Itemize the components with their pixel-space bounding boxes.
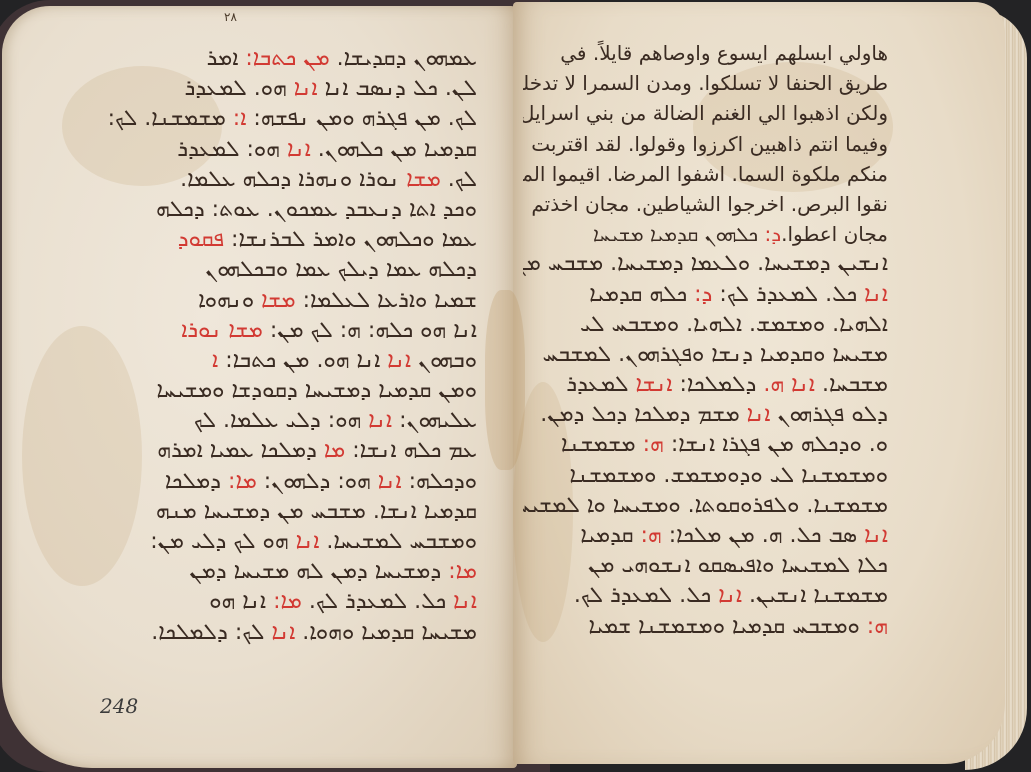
ink-text: ܠܟ. (441, 167, 477, 192)
ink-text: ܡܫܡ ܕܡܠܟܐ ܕܟܠ ܕܡܢ. (540, 402, 739, 427)
text-line: ܡܫܝܚܐ ܩܕܡܝܐ ܘܗܘܐ. ܐܢܐ ܠܟ: ܕܠܡܠܟܐ. (97, 618, 477, 648)
ink-text: ܡܫܡܫܢܐ (561, 432, 636, 457)
text-line: ܕܠܘ ܦܓܪܗܘܢ ܐܢܐ ܡܫܡ ܕܡܠܟܐ ܕܟܠ ܕܡܢ. (523, 400, 888, 430)
ink-text: ܕܡܠܟܐ ܥܡܝܐ ܐܡܪܗ (157, 438, 317, 463)
text-line: ܥܡܐ ܘܟܠܗܘܢ ܘܐܡܪ ܠܒܪܢܫܐ: ܦܩܘܕ (97, 225, 477, 255)
ink-text: ܥܡ ܟܠܗ ܐܢܫܐ: (345, 438, 477, 463)
text-line: ܫܡܝܐ ܘܐܪܥܐ ܠܥܠܡܐ: ܡܫܐ ܘܢܗܘܐ (97, 286, 477, 316)
text-line: ܡܫܡܫܢܐ. ܘܠܦܪܘܩܘܬܐ. ܘܡܫܝܚܐ ܘܐ ܠܡܫܝܚܐ (523, 491, 888, 521)
text-line: ܘܡܫܒܚ ܠܡܫܝܚܐ. ܐܢܐ ܗܘ ܠܟ ܕܠܝ ܡܢ: (97, 527, 477, 557)
text-line: ܥܡܗܘܢ ܕܩܕܝܫܐ. ܡܢ ܟܬܒܐ: ܐܡܪ (97, 44, 477, 74)
ink-text: ܟܠ. ܠܡܥܕܪ ܠܟ. (302, 589, 446, 614)
gutter-stain (485, 290, 525, 470)
text-line: ܗ: ܘܡܫܒܚ ܩܕܡܝܐ ܘܡܫܡܫܢܐ ܫܡܝܐ (523, 612, 888, 642)
rubric-text: ܡܢ ܟܬܒܐ: (238, 46, 329, 71)
text-line: ܐܢܐ ܟܠ. ܠܡܥܕܪ ܠܟ. ܡܐ: ܐܢܐ ܗܘ (97, 587, 477, 617)
text-line: ܟܠܐ ܠܡܫܝܚܐ ܘܐܦܝܣܩܘ ܐܢܫܘܗܝ ܡܢ (523, 551, 888, 581)
ink-text: ܐܢܫܝܢ ܕܡܫܝܚܐ. ܘܠܥܡܐ ܕܡܫܝܚܐ. ܡܫܒܚ ܡܢ (523, 251, 888, 276)
ink-text: ܥܡܗܘܢ ܕܩܕܝܫܐ. (330, 46, 477, 71)
ink-text: ܥܡܐ ܘܟܠܗܘܢ ܘܐܡܪ ܠܒܪܢܫܐ: (224, 227, 477, 252)
left-page: ٢٨ ܥܡܗܘܢ ܕܩܕܝܫܐ. ܡܢ ܟܬܒܐ: ܐܡܪܠܢ. ܟܠ ܕܢܣܒ… (2, 6, 517, 768)
ink-text: ܕܡܠܟܐ (165, 469, 221, 494)
ink-text: ܩܕܡܝܐ ܐܢܫܐ. ܡܫܒܚ ܡܢ ܕܡܫܝܚܐ ܡܢܗ (156, 499, 477, 524)
arabic-line: طريق الحنفا لا تسلكوا. ومدن السمرا لا تد… (523, 68, 888, 98)
text-line: ܡܫܝܚܐ ܘܩܕܡܝܐ ܕܢܫܐ ܘܦܓܪܗܘܢ. ܠܡܫܒܚ (523, 340, 888, 370)
arabic-line: منكم ملكوة السما. اشفوا المرضا. اقيموا ا… (523, 159, 888, 189)
right-page: هاولي ابسلهم ايسوع واوصاهم قايلاً. فيطري… (513, 2, 1005, 764)
ink-text: ܟܠ. ܠܡܥܕܪ ܠܟ. (574, 583, 711, 608)
ink-text: ܘܡܢ ܩܕܡܝܐ ܕܡܫܝܚܐ ܕܩܘܕܫܐ ܘܡܫܝܚܐ (157, 378, 477, 403)
rubric-text: ܐܢܫܐ (628, 372, 672, 397)
ink-text: ܕܟܠܗ ܥܡܐ ܕܝܠܟ ܥܡܐ ܘܒܟܠܗܘܢ (205, 257, 477, 282)
ink-text: ܡܫܡܫܢܐ. ܘܠܦܪܘܩܘܬܐ. ܘܡܫܝܚܐ ܘܐ ܠܡܫܝܚܐ (523, 493, 888, 518)
rubric-text: ܐܢܐ (446, 589, 477, 614)
text-line: ܠܟ. ܡܢ ܦܓܪܗ ܘܡܢ ܢܦܫܗ: ܐ: ܡܫܡܫܢܐ. ܠܟ: (97, 104, 477, 134)
arabic-line: وفيما انتم ذاهبين اكرزوا وقولوا. لقد اقت… (523, 129, 888, 159)
ink-text: ܕܠܡܠܟܐ: (672, 372, 756, 397)
ink-text: ܠܢ. ܟܠ ܕܢܣܒ ܐܢܐ (318, 76, 477, 101)
ink-text: ܕܠܘ ܦܓܪܗܘܢ (770, 402, 888, 427)
ink-text: ܗܘ. ܠܡܥܕܪ (185, 76, 287, 101)
text-line: ܘܡܫܡܫܢܐ ܠܝ ܘܕܘܡܫܡܫ. ܘܡܫܡܫܢܐ (523, 461, 888, 491)
text-line: ܐܢܐ ܣܒ ܟܠ. ܗ. ܡܢ ܡܠܟܐ: ܗ: ܩܕܡܝܐ (523, 521, 888, 551)
ink-text: ܘ. ܘܕܟܠܗ ܡܢ ܦܓܪܐ ܐܢܫܐ: (664, 432, 888, 457)
rubric-text: ܐܢܐ (857, 523, 888, 548)
ink-text: ܗܘ ܠܟ ܕܠܝ ܡܢ: (150, 529, 288, 554)
ink-text: ܗܘ: ܕܠܝ ܥܠܡܐ. ܠܟ (194, 408, 361, 433)
ink-text: ܘܡܫܒܚ ܠܡܫܝܚܐ. (319, 529, 477, 554)
ink-text: ܡܫܝܚܐ ܩܕܡܝܐ ܘܗܘܐ. (295, 620, 477, 645)
ink-text: ܗܘ: ܕܠܗܘܢ: (257, 469, 371, 494)
text-line: ܘܟܕ ܐܬܐ ܕܢܥܒܕ ܥܡܟܘܢ. ܥܘܬ: ܕܟܠܗ (97, 195, 477, 225)
top-mark: ٢٨ (224, 10, 237, 24)
text-line: ܐܢܫܝܢ ܕܡܫܝܚܐ. ܘܠܥܡܐ ܕܡܫܝܚܐ. ܡܫܒܚ ܡܢ (523, 249, 888, 279)
ink-text: ܣܒ ܟܠ. ܗ. ܡܢ ܡܠܟܐ: (662, 523, 857, 548)
text-line: ܩܕܡܝܐ ܡܢ ܟܠܗܘܢ. ܐܢܐ ܗܘ: ܠܡܥܕܪ (97, 135, 477, 165)
ink-text: ܩܕܡܝܐ ܡܢ ܟܠܗܘܢ. (311, 137, 477, 162)
ink-text: ܠܟ: ܕܠܡܠܟܐ. (151, 620, 264, 645)
ink-text: ܐܠܗܝܐ. ܘܡܫܡܫ. ܐܠܗܝܐ. ܘܡܫܒܚ ܠܝ (580, 312, 888, 337)
text-line: ܘܕܟܠܗ: ܐܢܐ ܗܘ: ܕܠܗܘܢ: ܡܐ: ܕܡܠܟܐ (97, 467, 477, 497)
rubric-text: ܡܫܐ (399, 167, 441, 192)
rubric-text: ܦܩܘܕ (178, 227, 224, 252)
text-line: ܘ. ܘܕܟܠܗ ܡܢ ܦܓܪܐ ܐܢܫܐ: ܗ: ܡܫܡܫܢܐ (523, 430, 888, 460)
text-line: ܐܠܗܝܐ. ܘܡܫܡܫ. ܐܠܗܝܐ. ܘܡܫܒܚ ܠܝ (523, 310, 888, 340)
text-line: ܘܡܢ ܩܕܡܝܐ ܕܡܫܝܚܐ ܕܩܘܕܫܐ ܘܡܫܝܚܐ (97, 376, 477, 406)
rubric-text: ܡܫܐ ܢܘܪܐ (181, 318, 263, 343)
text-line: ܡܫܡܫܢܐ ܐܢܫܝܢ. ܐܢܐ ܟܠ. ܠܡܥܕܪ ܠܟ. (523, 581, 888, 611)
rubric-text: ܡܐ: (441, 559, 477, 584)
ink-text: ܡܫܝܚܐ ܘܩܕܡܝܐ ܕܢܫܐ ܘܦܓܪܗܘܢ. ܠܡܫܒܚ (542, 342, 888, 367)
rubric-text: ܕ: (758, 222, 781, 246)
ink-text: ܐܢܐ ܗܘ. ܡܢ ܟܬܒܐ: (218, 348, 380, 373)
text-line: ܩܕܡܝܐ ܐܢܫܐ. ܡܫܒܚ ܡܢ ܕܡܫܝܚܐ ܡܢܗ (97, 497, 477, 527)
ink-text: ܡܫܒܚܐ. (815, 372, 888, 397)
ink-text: ܥܠܝܗܘܢ: (392, 408, 477, 433)
rubric-text: ܗ: (634, 523, 662, 548)
rubric-text: ܐܢܐ (287, 76, 318, 101)
arabic-line: نقوا البرص. اخرجوا الشياطين. مجان اخذتم (523, 189, 888, 219)
text-line: ܠܢ. ܟܠ ܕܢܣܒ ܐܢܐ ܐܢܐ ܗܘ. ܠܡܥܕܪ (97, 74, 477, 104)
folio-number: 248 (100, 694, 138, 718)
rubric-text: ܐܢܐ (361, 408, 392, 433)
right-text-block: هاولي ابسلهم ايسوع واوصاهم قايلاً. فيطري… (523, 38, 888, 642)
ink-text: ܟܠܐ ܠܡܫܝܚܐ ܘܐܦܝܣܩܘ ܐܢܫܘܗܝ ܡܢ (588, 553, 888, 578)
text-line: ܠܟ. ܡܫܐ ܢܘܪܐ ܘܢܗܪܐ ܕܟܠܗ ܥܠܡܐ. (97, 165, 477, 195)
ink-text: ܗܘ: ܠܡܥܕܪ (177, 137, 280, 162)
rubric-text: ܗ: (636, 432, 664, 457)
rubric-text: ܐܢܐ (711, 583, 742, 608)
text-line: ܘܒܗܘܢ ܐܢܐ ܐܢܐ ܗܘ. ܡܢ ܟܬܒܐ: ܐ (97, 346, 477, 376)
ink-text: ܠܡܥܕܪ (566, 372, 628, 397)
ink-text: ܠܟ. ܡܢ ܦܓܪܗ ܘܡܢ ܢܦܫܗ: (246, 106, 477, 131)
ink-text: ܟܠܗ ܩܕܡܝܐ (589, 282, 687, 307)
rubric-text: ܡܐ: (221, 469, 257, 494)
ink-text: ܡܫܡܫܢܐ. ܠܟ: (108, 106, 226, 131)
left-text-block: ܥܡܗܘܢ ܕܩܕܝܫܐ. ܡܢ ܟܬܒܐ: ܐܡܪܠܢ. ܟܠ ܕܢܣܒ ܐܢ… (97, 44, 477, 648)
rubric-text: ܐܢܐ (857, 282, 888, 307)
rubric-text: ܐܢܐ (280, 137, 311, 162)
ink-text: ܐܡܪ (207, 46, 239, 71)
ink-text: ܡܫܡܫܢܐ ܐܢܫܝܢ. (742, 583, 888, 608)
rubric-text: ܐܢܐ (289, 529, 320, 554)
ink-text: ܫܡܝܐ ܘܐܪܥܐ ܠܥܠܡܐ: (296, 288, 477, 313)
rubric-text: ܡܐ (317, 438, 345, 463)
text-line: ܐܢܐ ܗܘ ܟܠܗ: ܗ: ܠܟ ܡܢ: ܡܫܐ ܢܘܪܐ (97, 316, 477, 346)
text-line: ܕܟܠܗ ܥܡܐ ܕܝܠܟ ܥܡܐ ܘܒܟܠܗܘܢ (97, 255, 477, 285)
rubric-text: ܡܐ: (266, 589, 302, 614)
rubric-text: ܐܢܐ ܗ. (756, 372, 815, 397)
rubric-text: ܐܢܐ (371, 469, 402, 494)
ink-text: ܟܠܗܘܢ ܩܕܡܝܐ ܡܫܝܚܐ (593, 222, 758, 246)
text-line: ܥܠܝܗܘܢ: ܐܢܐ ܗܘ: ܕܠܝ ܥܠܡܐ. ܠܟ (97, 406, 477, 436)
ink-text: ܘܢܗܘܐ (198, 288, 254, 313)
ink-text: ܐܢܐ ܗܘ ܟܠܗ: ܗ: ܠܟ ܡܢ: (263, 318, 477, 343)
ink-text: ܐܢܐ ܗܘ (209, 589, 266, 614)
rubric-text: ܐܢܐ (380, 348, 411, 373)
rubric-text: ܕ: (687, 282, 712, 307)
arabic-line: هاولي ابسلهم ايسوع واوصاهم قايلاً. في (523, 38, 888, 68)
rubric-text: ܡܫܐ (254, 288, 296, 313)
ink-text: ܟܠ. ܠܡܥܕܪ ܠܟ: (712, 282, 857, 307)
rubric-text: ܐܢܐ (264, 620, 295, 645)
text-line: ܡܫܒܚܐ. ܐܢܐ ܗ. ܕܠܡܠܟܐ: ܐܢܫܐ ܠܡܥܕܪ (523, 370, 888, 400)
rubric-text: ܐ: (226, 106, 247, 131)
ink-text: ܕܢܥܒܕ ܥܡܟܘܢ. ܥܘܬ: ܕܟܠܗ (156, 197, 402, 222)
arabic-line: ولكن اذهبوا الي الغنم الضالة من بني اسرا… (523, 98, 888, 128)
ink-text: ܘܡܫܡܫܢܐ ܠܝ ܘܕܘܡܫܡܫ. ܘܡܫܡܫܢܐ (570, 463, 888, 488)
ink-text: ܕܡܫܝܚܐ ܕܡܢ ܠܗ ܡܫܝܚܐ ܕܡܢ (190, 559, 442, 584)
ink-text: ܘܕܟܠܗ: (402, 469, 477, 494)
text-line: ܥܡ ܟܠܗ ܐܢܫܐ: ܡܐ ܕܡܠܟܐ ܥܡܝܐ ܐܡܪܗ (97, 436, 477, 466)
rubric-text: ܐܢܐ (740, 402, 771, 427)
text-line: ܐܢܐ ܟܠ. ܠܡܥܕܪ ܠܟ: ܕ: ܟܠܗ ܩܕܡܝܐ (523, 280, 888, 310)
ink-text: ܩܕܡܝܐ (580, 523, 633, 548)
arabic-line: مجان اعطوا.ܕ: ܟܠܗܘܢ ܩܕܡܝܐ ܡܫܝܚܐ (523, 219, 888, 249)
rubric-text: ܗ: (860, 614, 888, 639)
ink-text: ܘܡܫܒܚ ܩܕܡܝܐ ܘܡܫܡܫܢܐ ܫܡܝܐ (588, 614, 859, 639)
ink-text: ܘܟܕ ܐܬܐ (402, 197, 477, 222)
ink-text: ܘܒܗܘܢ (411, 348, 477, 373)
ink-text: ܢܘܪܐ ܘܢܗܪܐ ܕܟܠܗ ܥܠܡܐ. (180, 167, 399, 192)
text-line: ܡܐ: ܕܡܫܝܚܐ ܕܡܢ ܠܗ ܡܫܝܚܐ ܕܡܢ (97, 557, 477, 587)
